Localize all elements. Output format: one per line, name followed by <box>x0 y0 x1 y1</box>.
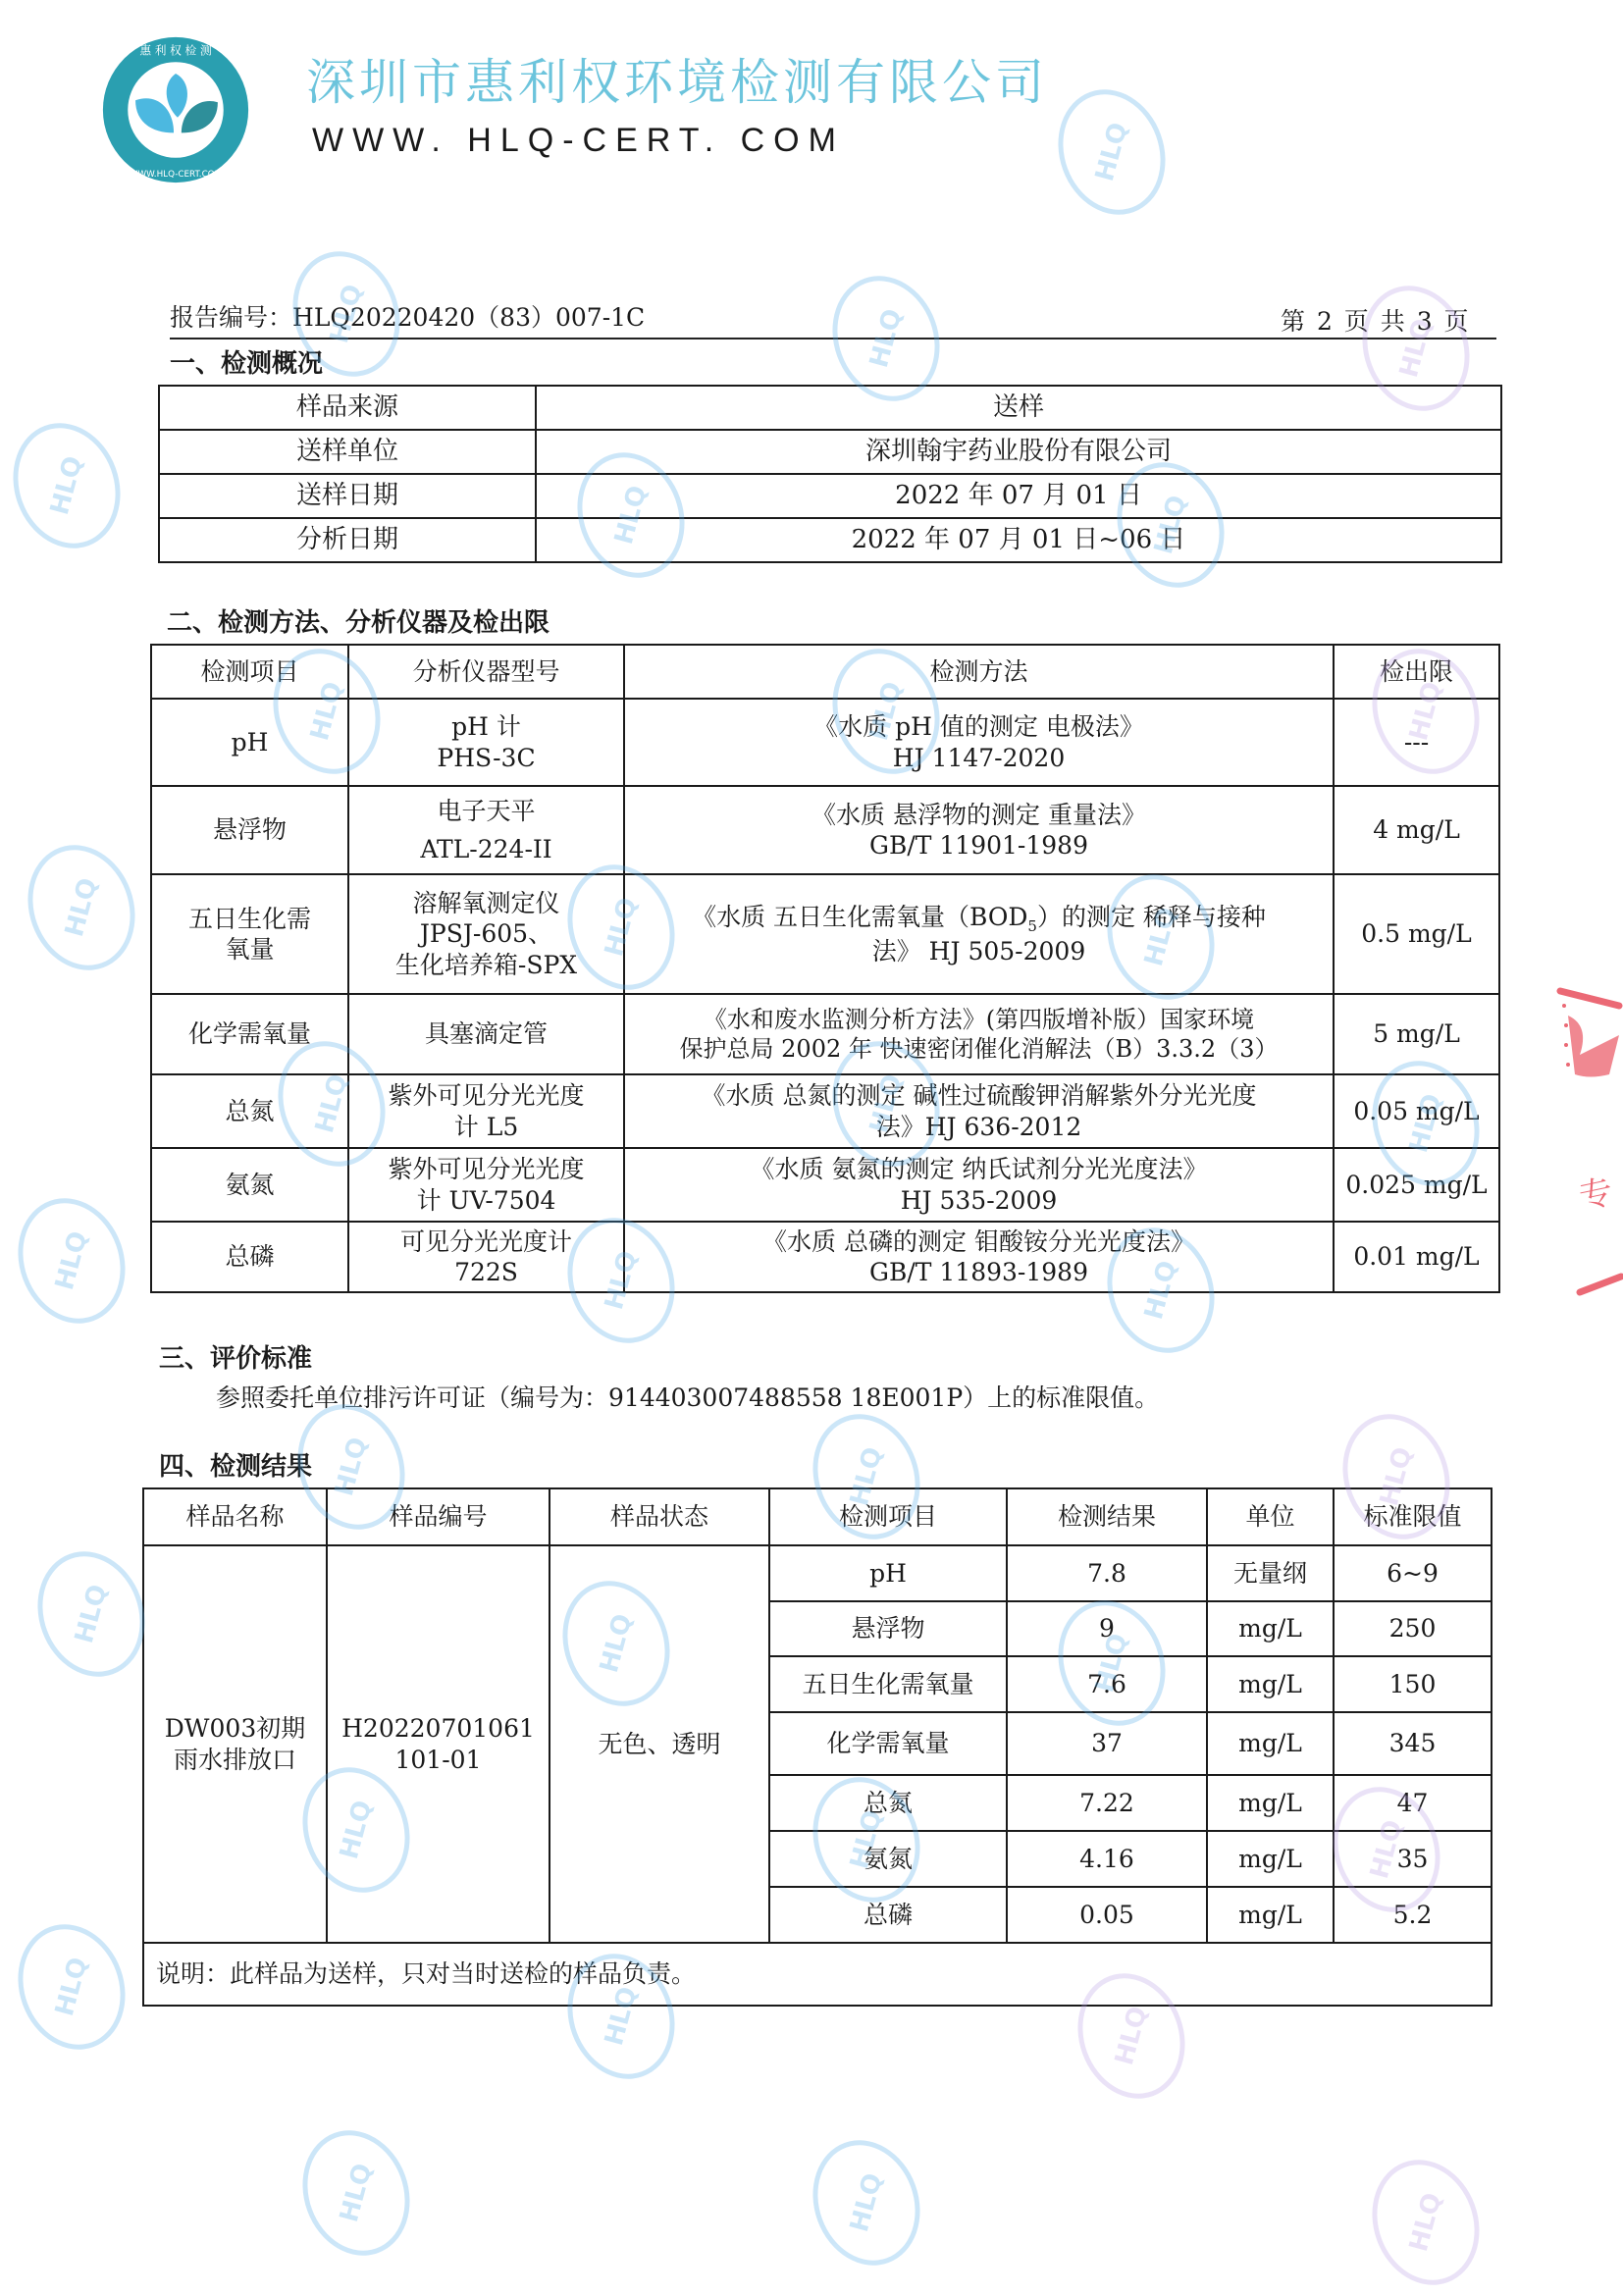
detection-limit: 0.05 mg/L <box>1334 1074 1499 1148</box>
method-text: 《水质 五日生化需氧量（BOD <box>692 903 1027 931</box>
instrument-line: 紫外可见分光光度 <box>355 1080 617 1111</box>
method-line: 法》HJ 636-2012 <box>631 1112 1327 1142</box>
column-header: 检测项目 <box>769 1488 1007 1545</box>
test-item: 五日生化需氧量 <box>151 874 348 994</box>
test-method: 《水质 氨氮的测定 纳氏试剂分光光度法》HJ 535-2009 <box>624 1148 1334 1222</box>
table-row: 分析日期 2022 年 07 月 01 日~06 日 <box>159 518 1501 562</box>
column-header: 样品状态 <box>550 1488 769 1545</box>
test-item: pH <box>151 699 348 786</box>
table-row: 氨氮 紫外可见分光光度计 UV-7504 《水质 氨氮的测定 纳氏试剂分光光度法… <box>151 1148 1499 1222</box>
method-line: 《水质 总氮的测定 碱性过硫酸钾消解紫外分光光度 <box>631 1080 1327 1111</box>
section-2-title: 二、检测方法、分析仪器及检出限 <box>167 602 550 639</box>
standard-limit: 47 <box>1334 1775 1492 1831</box>
table-row: 送样单位 深圳翰宇药业股份有限公司 <box>159 430 1501 474</box>
test-item: 氨氮 <box>151 1148 348 1222</box>
method-text: ）的测定 稀释与接种 <box>1037 903 1266 931</box>
detection-limit: --- <box>1334 699 1499 786</box>
instrument-line: 生化培养箱-SPX <box>355 950 617 980</box>
table-row: DW003初期雨水排放口 H20220701061101-01 无色、透明 pH… <box>143 1545 1492 1601</box>
result-value: 37 <box>1007 1712 1207 1775</box>
result-unit: mg/L <box>1207 1775 1334 1831</box>
sample-id-line: H20220701061 <box>334 1713 543 1744</box>
result-item: 氨氮 <box>769 1831 1007 1887</box>
instrument: 紫外可见分光光度计 UV-7504 <box>348 1148 624 1222</box>
leaf-sprout-logo-icon: 惠 利 权 检 测 WWW.HLQ-CERT.COM <box>98 33 253 186</box>
instrument: pH 计PHS-3C <box>348 699 624 786</box>
report-number-value: HLQ20220420（83）007-1C <box>292 303 645 332</box>
item-line: 氧量 <box>158 934 341 965</box>
standard-limit: 35 <box>1334 1831 1492 1887</box>
column-header: 样品编号 <box>327 1488 550 1545</box>
instrument-line: JPSJ-605、 <box>355 918 617 949</box>
sample-name: DW003初期雨水排放口 <box>143 1545 327 1943</box>
method-line: 《水质 氨氮的测定 纳氏试剂分光光度法》 <box>631 1154 1327 1184</box>
instrument-line: PHS-3C <box>355 743 617 773</box>
sample-id-line: 101-01 <box>334 1745 543 1775</box>
instrument: 可见分光光度计722S <box>348 1222 624 1292</box>
method-line: HJ 1147-2020 <box>631 743 1327 773</box>
overview-value: 2022 年 07 月 01 日~06 日 <box>536 518 1501 562</box>
test-item: 总磷 <box>151 1222 348 1292</box>
column-header: 分析仪器型号 <box>348 645 624 699</box>
column-header: 检测项目 <box>151 645 348 699</box>
instrument: 电子天平ATL-224-II <box>348 786 624 874</box>
overview-label: 送样日期 <box>159 474 536 518</box>
sample-name-line: 雨水排放口 <box>150 1745 320 1775</box>
column-header: 检测方法 <box>624 645 1334 699</box>
subscript: 5 <box>1027 917 1037 935</box>
result-value: 7.8 <box>1007 1545 1207 1601</box>
column-header: 标准限值 <box>1334 1488 1492 1545</box>
overview-label: 样品来源 <box>159 386 536 430</box>
standard-limit: 345 <box>1334 1712 1492 1775</box>
page-indicator: 第 2 页 共 3 页 <box>1281 302 1471 338</box>
test-method: 《水质 悬浮物的测定 重量法》GB/T 11901-1989 <box>624 786 1334 874</box>
test-method: 《水质 总氮的测定 碱性过硫酸钾消解紫外分光光度法》HJ 636-2012 <box>624 1074 1334 1148</box>
method-line: 《水和废水监测分析方法》(第四版增补版）国家环境 <box>631 1005 1327 1034</box>
test-method: 《水和废水监测分析方法》(第四版增补版）国家环境保护总局 2002 年 快速密闭… <box>624 994 1334 1074</box>
column-header: 样品名称 <box>143 1488 327 1545</box>
results-note: 说明：此样品为送样，只对当时送检的样品负责。 <box>143 1943 1492 2006</box>
overview-value: 送样 <box>536 386 1501 430</box>
detection-limit: 0.01 mg/L <box>1334 1222 1499 1292</box>
standard-limit: 6~9 <box>1334 1545 1492 1601</box>
instrument-line: ATL-224-II <box>355 834 617 864</box>
hlq-watermark-icon: HLQ <box>21 1537 162 1692</box>
instrument-line: 溶解氧测定仪 <box>355 888 617 918</box>
test-item: 化学需氧量 <box>151 994 348 1074</box>
section-4-title: 四、检测结果 <box>159 1446 312 1483</box>
results-table: 样品名称 样品编号 样品状态 检测项目 检测结果 单位 标准限值 DW003初期… <box>142 1487 1492 2007</box>
report-number: 报告编号：HLQ20220420（83）007-1C <box>170 298 645 334</box>
overview-value: 2022 年 07 月 01 日 <box>536 474 1501 518</box>
sample-state: 无色、透明 <box>550 1545 769 1943</box>
instrument-line: 计 UV-7504 <box>355 1185 617 1216</box>
result-item: 悬浮物 <box>769 1601 1007 1656</box>
instrument: 紫外可见分光光度计 L5 <box>348 1074 624 1148</box>
column-header: 检测结果 <box>1007 1488 1207 1545</box>
hlq-watermark-icon: HLQ <box>1355 2145 1496 2296</box>
test-method: 《水质 pH 值的测定 电极法》HJ 1147-2020 <box>624 699 1334 786</box>
result-value: 0.05 <box>1007 1887 1207 1943</box>
method-line: 保护总局 2002 年 快速密闭催化消解法（B）3.3.2（3） <box>631 1034 1327 1064</box>
table-header-row: 检测项目 分析仪器型号 检测方法 检出限 <box>151 645 1499 699</box>
result-unit: mg/L <box>1207 1656 1334 1712</box>
test-item: 总氮 <box>151 1074 348 1148</box>
result-value: 4.16 <box>1007 1831 1207 1887</box>
result-item: pH <box>769 1545 1007 1601</box>
table-row: 送样日期 2022 年 07 月 01 日 <box>159 474 1501 518</box>
method-line: 《水质 pH 值的测定 电极法》 <box>631 711 1327 742</box>
test-method: 《水质 总磷的测定 钼酸铵分光光度法》GB/T 11893-1989 <box>624 1222 1334 1292</box>
hlq-watermark-icon: HLQ <box>1 1183 142 1338</box>
test-item: 悬浮物 <box>151 786 348 874</box>
evaluation-criterion-text: 参照委托单位排污许可证（编号为：914403007488558 18E001P）… <box>216 1379 1159 1414</box>
result-value: 7.22 <box>1007 1775 1207 1831</box>
instrument-line: pH 计 <box>355 711 617 742</box>
svg-text:专: 专 <box>1576 1172 1617 1217</box>
detection-limit: 4 mg/L <box>1334 786 1499 874</box>
column-header: 单位 <box>1207 1488 1334 1545</box>
table-row: 总磷 可见分光光度计722S 《水质 总磷的测定 钼酸铵分光光度法》GB/T 1… <box>151 1222 1499 1292</box>
method-line: 《水质 总磷的测定 钼酸铵分光光度法》 <box>631 1226 1327 1257</box>
instrument-line: 计 L5 <box>355 1112 617 1142</box>
company-url: WWW. HLQ-CERT. COM <box>312 122 845 160</box>
svg-text:WWW.HLQ-CERT.COM: WWW.HLQ-CERT.COM <box>130 170 222 180</box>
method-line: 《水质 五日生化需氧量（BOD5）的测定 稀释与接种 <box>631 902 1327 936</box>
result-unit: mg/L <box>1207 1831 1334 1887</box>
result-unit: mg/L <box>1207 1887 1334 1943</box>
section-3-title: 三、评价标准 <box>159 1338 312 1375</box>
result-value: 7.6 <box>1007 1656 1207 1712</box>
result-unit: 无量纲 <box>1207 1545 1334 1601</box>
overview-table: 样品来源 送样 送样单位 深圳翰宇药业股份有限公司 送样日期 2022 年 07… <box>158 385 1502 563</box>
methods-table: 检测项目 分析仪器型号 检测方法 检出限 pH pH 计PHS-3C 《水质 p… <box>150 644 1500 1293</box>
detection-limit: 0.025 mg/L <box>1334 1148 1499 1222</box>
svg-text:惠 利 权 检 测: 惠 利 权 检 测 <box>139 43 212 57</box>
instrument: 溶解氧测定仪JPSJ-605、生化培养箱-SPX <box>348 874 624 994</box>
method-line: 《水质 悬浮物的测定 重量法》 <box>631 800 1327 830</box>
hlq-watermark-icon: HLQ <box>11 830 152 985</box>
table-note-row: 说明：此样品为送样，只对当时送检的样品负责。 <box>143 1943 1492 2006</box>
report-number-label: 报告编号： <box>170 303 292 332</box>
instrument-line: 可见分光光度计 <box>355 1226 617 1257</box>
header-divider <box>170 338 1496 339</box>
section-1-title: 一、检测概况 <box>170 343 323 380</box>
detection-limit: 5 mg/L <box>1334 994 1499 1074</box>
sample-name-line: DW003初期 <box>150 1713 320 1744</box>
method-line: HJ 535-2009 <box>631 1185 1327 1216</box>
result-item: 总磷 <box>769 1887 1007 1943</box>
red-seal-stamp-icon: 专 <box>1550 986 1623 1310</box>
table-row: 样品来源 送样 <box>159 386 1501 430</box>
sample-id: H20220701061101-01 <box>327 1545 550 1943</box>
hlq-watermark-icon: HLQ <box>0 408 137 563</box>
company-logo: 惠 利 权 检 测 WWW.HLQ-CERT.COM <box>98 33 253 186</box>
result-item: 五日生化需氧量 <box>769 1656 1007 1712</box>
result-unit: mg/L <box>1207 1601 1334 1656</box>
hlq-watermark-icon: HLQ <box>1041 75 1182 230</box>
detection-limit: 0.5 mg/L <box>1334 874 1499 994</box>
method-line: GB/T 11893-1989 <box>631 1257 1327 1287</box>
hlq-watermark-icon: HLQ <box>796 2125 937 2280</box>
table-row: 化学需氧量 具塞滴定管 《水和废水监测分析方法》(第四版增补版）国家环境保护总局… <box>151 994 1499 1074</box>
standard-limit: 150 <box>1334 1656 1492 1712</box>
overview-label: 送样单位 <box>159 430 536 474</box>
table-row: 五日生化需氧量 溶解氧测定仪JPSJ-605、生化培养箱-SPX 《水质 五日生… <box>151 874 1499 994</box>
result-item: 总氮 <box>769 1775 1007 1831</box>
overview-value: 深圳翰宇药业股份有限公司 <box>536 430 1501 474</box>
hlq-watermark-icon: HLQ <box>286 2115 427 2270</box>
instrument-line: 电子天平 <box>355 796 617 826</box>
method-line: 法》 HJ 505-2009 <box>631 936 1327 966</box>
table-row: 总氮 紫外可见分光光度计 L5 《水质 总氮的测定 碱性过硫酸钾消解紫外分光光度… <box>151 1074 1499 1148</box>
result-unit: mg/L <box>1207 1712 1334 1775</box>
table-row: 悬浮物 电子天平ATL-224-II 《水质 悬浮物的测定 重量法》GB/T 1… <box>151 786 1499 874</box>
result-item: 化学需氧量 <box>769 1712 1007 1775</box>
overview-label: 分析日期 <box>159 518 536 562</box>
test-method: 《水质 五日生化需氧量（BOD5）的测定 稀释与接种 法》 HJ 505-200… <box>624 874 1334 994</box>
column-header: 检出限 <box>1334 645 1499 699</box>
standard-limit: 5.2 <box>1334 1887 1492 1943</box>
method-line: GB/T 11901-1989 <box>631 830 1327 861</box>
result-value: 9 <box>1007 1601 1207 1656</box>
company-name: 深圳市惠利权环境检测有限公司 <box>306 43 1048 114</box>
instrument: 具塞滴定管 <box>348 994 624 1074</box>
item-line: 五日生化需 <box>158 904 341 934</box>
instrument-line: 722S <box>355 1257 617 1287</box>
table-row: pH pH 计PHS-3C 《水质 pH 值的测定 电极法》HJ 1147-20… <box>151 699 1499 786</box>
instrument-line: 紫外可见分光光度 <box>355 1154 617 1184</box>
hlq-watermark-icon: HLQ <box>1 1909 142 2064</box>
table-header-row: 样品名称 样品编号 样品状态 检测项目 检测结果 单位 标准限值 <box>143 1488 1492 1545</box>
standard-limit: 250 <box>1334 1601 1492 1656</box>
